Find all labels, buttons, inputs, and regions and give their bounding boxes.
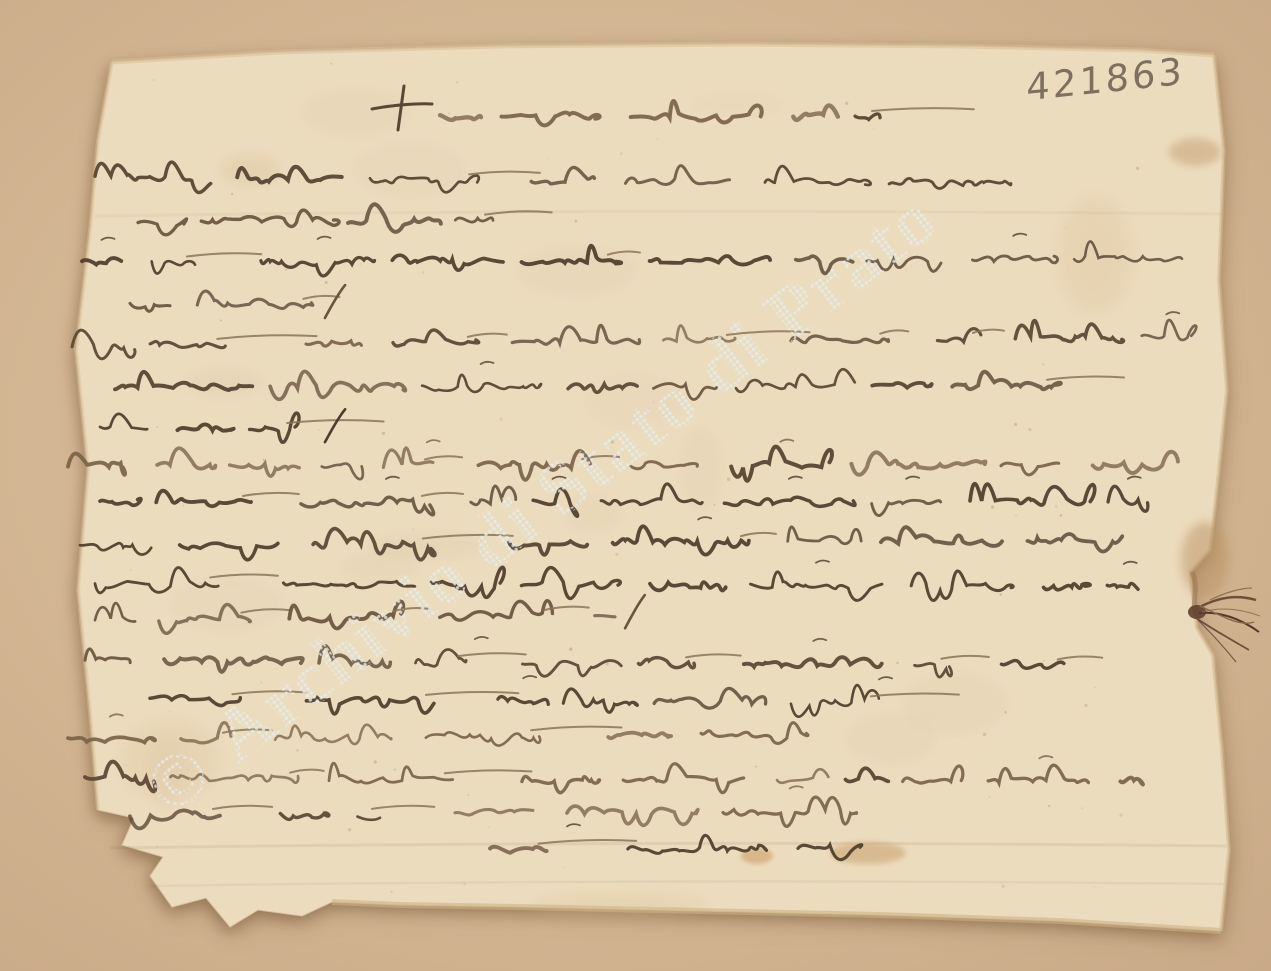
paper-speck: [130, 570, 131, 571]
paper-speck: [422, 271, 424, 273]
paper-speck: [231, 193, 233, 195]
paper-speck: [1055, 505, 1058, 508]
paper-speck: [260, 682, 262, 684]
paper-blotch: [681, 428, 722, 511]
paper-speck: [873, 128, 874, 129]
paper-speck: [153, 79, 155, 81]
thread-strand: [1198, 597, 1256, 608]
paper-speck: [999, 594, 1001, 596]
paper-speck: [845, 102, 848, 105]
paper-speck: [656, 138, 658, 140]
paper-speck: [360, 263, 362, 265]
paper-blotch: [341, 552, 418, 582]
paper-speck: [169, 711, 170, 712]
paper-speck: [606, 662, 609, 665]
paper-speck: [501, 530, 503, 532]
paper-speck: [1048, 805, 1050, 807]
paper-blotch: [517, 247, 635, 295]
stain: [1181, 522, 1229, 598]
paper-speck: [285, 268, 288, 271]
paper-speck: [413, 528, 415, 530]
paper-speck: [699, 263, 700, 264]
paper-speck: [488, 826, 490, 828]
manuscript-scan: [0, 0, 1271, 971]
paper-speck: [754, 358, 755, 359]
paper-speck: [983, 733, 987, 737]
paper-speck: [1081, 807, 1083, 809]
paper-speck: [373, 760, 376, 763]
paper-speck: [547, 158, 548, 159]
stain: [1169, 138, 1221, 166]
paper-speck: [1084, 704, 1087, 707]
scan-background: 421863 ©Archivio di Stato di Prato: [0, 0, 1271, 971]
paper-speck: [1015, 515, 1016, 516]
paper-speck: [318, 429, 320, 431]
paper-speck: [463, 883, 465, 885]
paper-speck: [1028, 428, 1031, 431]
paper-speck: [611, 440, 614, 443]
paper-blotch: [691, 94, 786, 116]
paper-speck: [1014, 423, 1017, 426]
paper-speck: [348, 828, 351, 831]
paper-speck: [468, 795, 469, 796]
paper-speck: [456, 81, 459, 84]
paper-speck: [988, 796, 990, 798]
paper-speck: [896, 662, 898, 664]
paper-speck: [1043, 364, 1045, 366]
paper-speck: [499, 418, 502, 421]
paper-speck: [263, 459, 265, 461]
paper-speck: [296, 749, 298, 751]
paper-speck: [574, 220, 577, 223]
paper-speck: [182, 505, 184, 507]
paper-blotch: [185, 369, 262, 397]
paper-speck: [1136, 167, 1139, 170]
paper-speck: [755, 766, 757, 768]
paper-speck: [394, 769, 396, 771]
handwriting-word: [595, 615, 615, 617]
paper-speck: [1119, 813, 1122, 816]
paper-speck: [727, 477, 731, 481]
paper-speck: [569, 647, 572, 650]
paper-speck: [991, 506, 994, 509]
paper-blotch: [353, 143, 466, 197]
paper-speck: [615, 553, 618, 556]
stain: [1057, 195, 1133, 315]
paper-speck: [391, 891, 393, 893]
paper-speck: [1060, 514, 1063, 517]
stain: [120, 720, 220, 800]
paper-blotch: [904, 673, 1007, 734]
paper-speck: [1043, 660, 1045, 662]
paper-speck: [157, 846, 159, 848]
paper-blotch: [302, 90, 408, 135]
paper-speck: [1094, 687, 1095, 688]
paper-speck: [1094, 886, 1096, 888]
paper-speck: [220, 319, 222, 321]
paper-speck: [330, 63, 332, 65]
paper-speck: [157, 426, 159, 428]
paper-speck: [221, 737, 222, 738]
stain: [530, 893, 710, 917]
paper-speck: [382, 432, 385, 435]
paper-speck: [713, 504, 715, 506]
paper-speck: [563, 866, 565, 868]
paper-speck: [1002, 885, 1005, 888]
paper-speck: [325, 281, 328, 284]
paper-speck: [448, 112, 450, 114]
paper-speck: [620, 152, 623, 155]
